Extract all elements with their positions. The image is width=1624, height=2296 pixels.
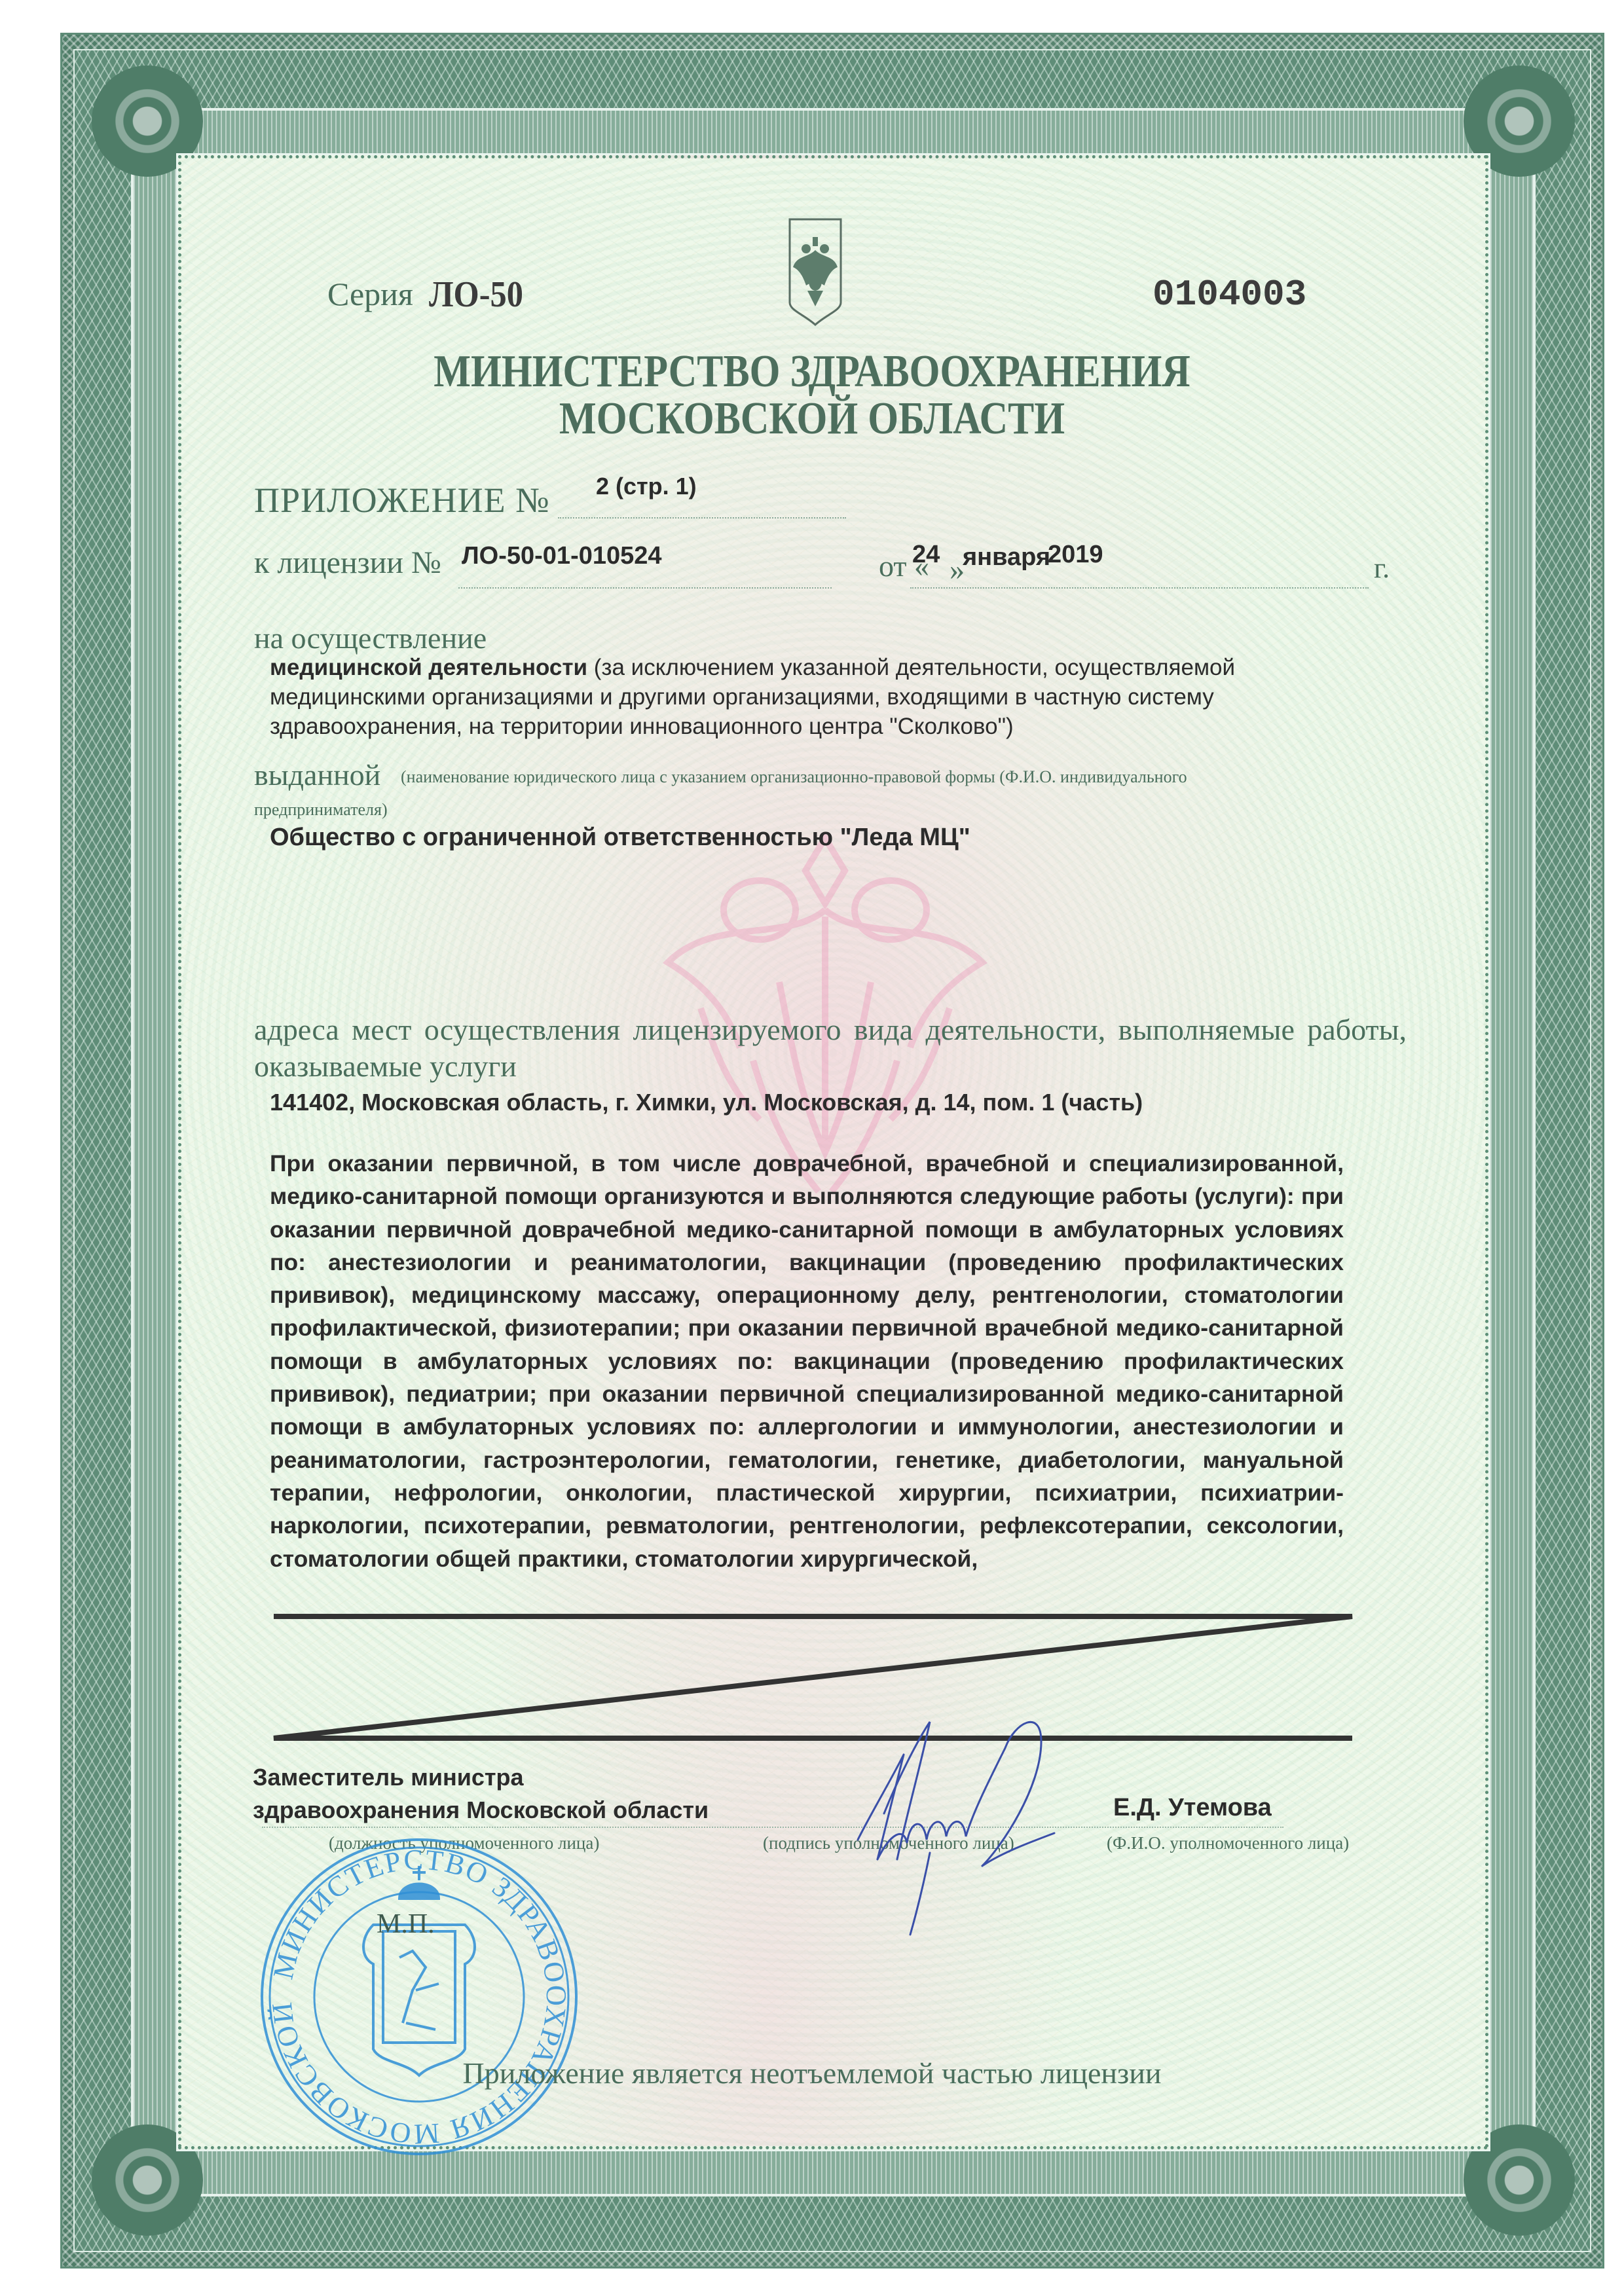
series-value: ЛО-50 [429,274,523,316]
appendix-underline [558,517,846,519]
appendix-number: 2 (стр. 1) [596,473,697,500]
series-label: Серия [327,275,413,313]
company-name: Общество с ограниченной ответственностью… [270,824,970,852]
handwritten-signature-icon [832,1702,1146,1938]
footer-note: Приложение является неотъемлемой частью … [0,2056,1624,2090]
services-list: При оказании первичной, в том числе довр… [270,1147,1344,1575]
serial-number: 0104003 [1153,274,1306,316]
issued-note-continued: предпринимателя) [254,800,388,820]
ministry-title-line2: МОСКОВСКОЙ ОБЛАСТИ [114,393,1511,445]
license-label: к лицензии № [254,545,441,581]
license-day: 24 [912,541,940,569]
license-underline [458,587,832,589]
z-strike-mark [262,1607,1375,1751]
activity-type: медицинской деятельности [270,655,587,680]
signer-position: Заместитель министраздравоохранения Моск… [253,1761,842,1827]
russian-coat-of-arms-icon [788,217,843,326]
official-stamp: МИНИСТЕРСТВО ЗДРАВООХРАНЕНИЯ МОСКОВСКОЙ … [249,1827,589,2167]
appendix-label: ПРИЛОЖЕНИЕ № [254,480,550,520]
seal-place-label: М.П. [377,1908,435,1940]
activity-description: медицинской деятельности (за исключением… [270,653,1383,741]
license-year: 2019 [1048,541,1103,569]
year-suffix: г. [1374,551,1390,585]
eagle-watermark-icon [622,812,1028,1205]
issued-note: (наименование юридического лица с указан… [401,767,1187,787]
date-underline [910,587,1369,589]
ministry-title-line1: МИНИСТЕРСТВО ЗДРАВООХРАНЕНИЯ [114,346,1511,398]
license-month: января [963,543,1050,572]
address-label: адреса мест осуществления лицензируемого… [254,1011,1407,1085]
address-value: 141402, Московская область, г. Химки, ул… [270,1089,1143,1116]
license-number: ЛО-50-01-010524 [462,542,662,570]
issued-label: выданной [254,757,380,792]
purpose-label: на осуществление [254,621,487,655]
moscow-oblast-coat-of-arms-icon [363,1866,475,2075]
